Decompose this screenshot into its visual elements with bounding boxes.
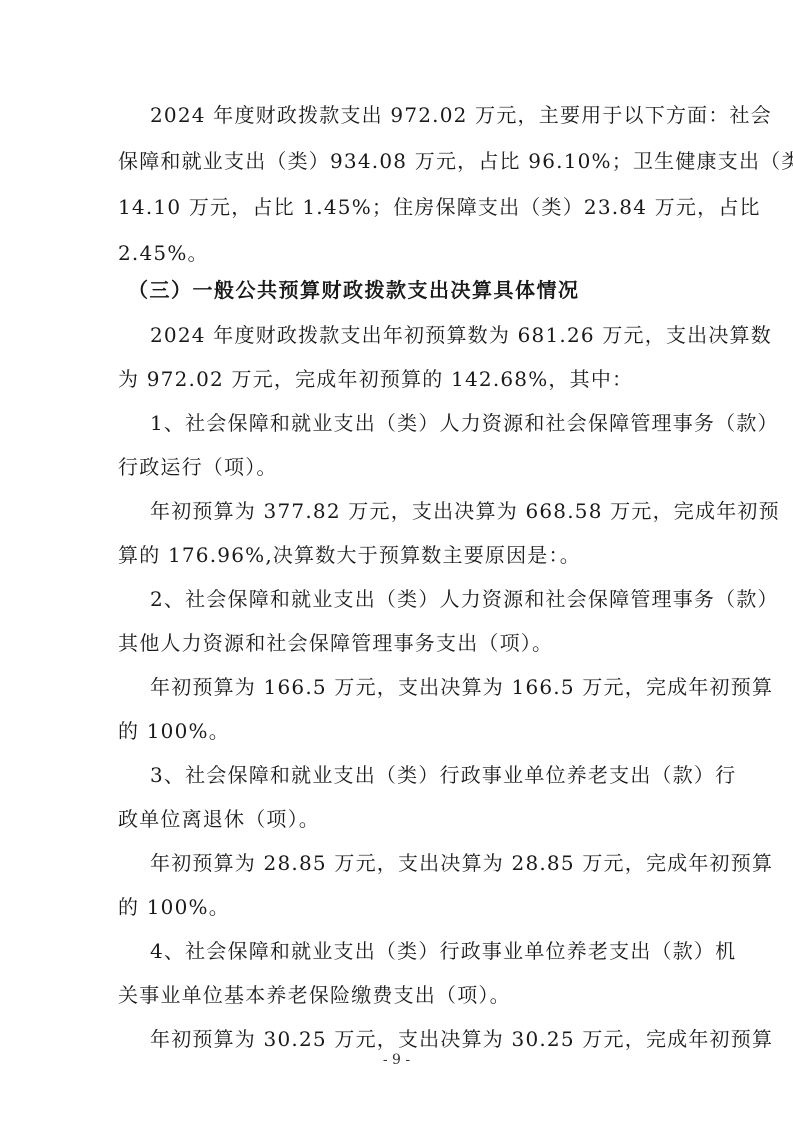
item-title-line: 行政运行（项）。: [118, 453, 718, 481]
item-detail-line: 年初预算为 166.5 万元，支出决算为 166.5 万元，完成年初预算: [150, 673, 718, 701]
text-line: 14.10 万元，占比 1.45%；住房保障支出（类）23.84 万元，占比: [118, 193, 718, 221]
item-title-line: 4、社会保障和就业支出（类）行政事业单位养老支出（款）机: [150, 937, 718, 965]
item-title-line: 1、社会保障和就业支出（类）人力资源和社会保障管理事务（款）: [150, 409, 718, 437]
page-number: - 9 -: [0, 1052, 793, 1068]
item-detail-line: 年初预算为 28.85 万元，支出决算为 28.85 万元，完成年初预算: [150, 849, 718, 877]
text-line: 2024 年度财政拨款支出年初预算数为 681.26 万元，支出决算数: [150, 321, 718, 349]
item-detail-line: 的 100%。: [118, 717, 718, 745]
item-detail-line: 年初预算为 377.82 万元，支出决算为 668.58 万元，完成年初预: [150, 497, 718, 525]
item-title-line: 关事业单位基本养老保险缴费支出（项）。: [118, 981, 718, 1009]
item-title-line: 2、社会保障和就业支出（类）人力资源和社会保障管理事务（款）: [150, 585, 718, 613]
item-title-line: 其他人力资源和社会保障管理事务支出（项）。: [118, 629, 718, 657]
section-heading: （三）一般公共预算财政拨款支出决算具体情况: [128, 276, 728, 304]
text-line: 2024 年度财政拨款支出 972.02 万元，主要用于以下方面：社会: [150, 101, 718, 129]
item-detail-line: 的 100%。: [118, 893, 718, 921]
document-page: 2024 年度财政拨款支出 972.02 万元，主要用于以下方面：社会 保障和就…: [0, 0, 793, 1122]
item-detail-line: 算的 176.96%,决算数大于预算数主要原因是：。: [118, 541, 718, 569]
text-line: 2.45%。: [118, 239, 718, 267]
item-title-line: 政单位离退休（项）。: [118, 805, 718, 833]
item-detail-line: 年初预算为 30.25 万元，支出决算为 30.25 万元，完成年初预算: [150, 1025, 718, 1053]
item-title-line: 3、社会保障和就业支出（类）行政事业单位养老支出（款）行: [150, 761, 718, 789]
text-line: 保障和就业支出（类）934.08 万元，占比 96.10%；卫生健康支出（类）: [118, 147, 718, 175]
text-line: 为 972.02 万元，完成年初预算的 142.68%，其中：: [118, 365, 718, 393]
